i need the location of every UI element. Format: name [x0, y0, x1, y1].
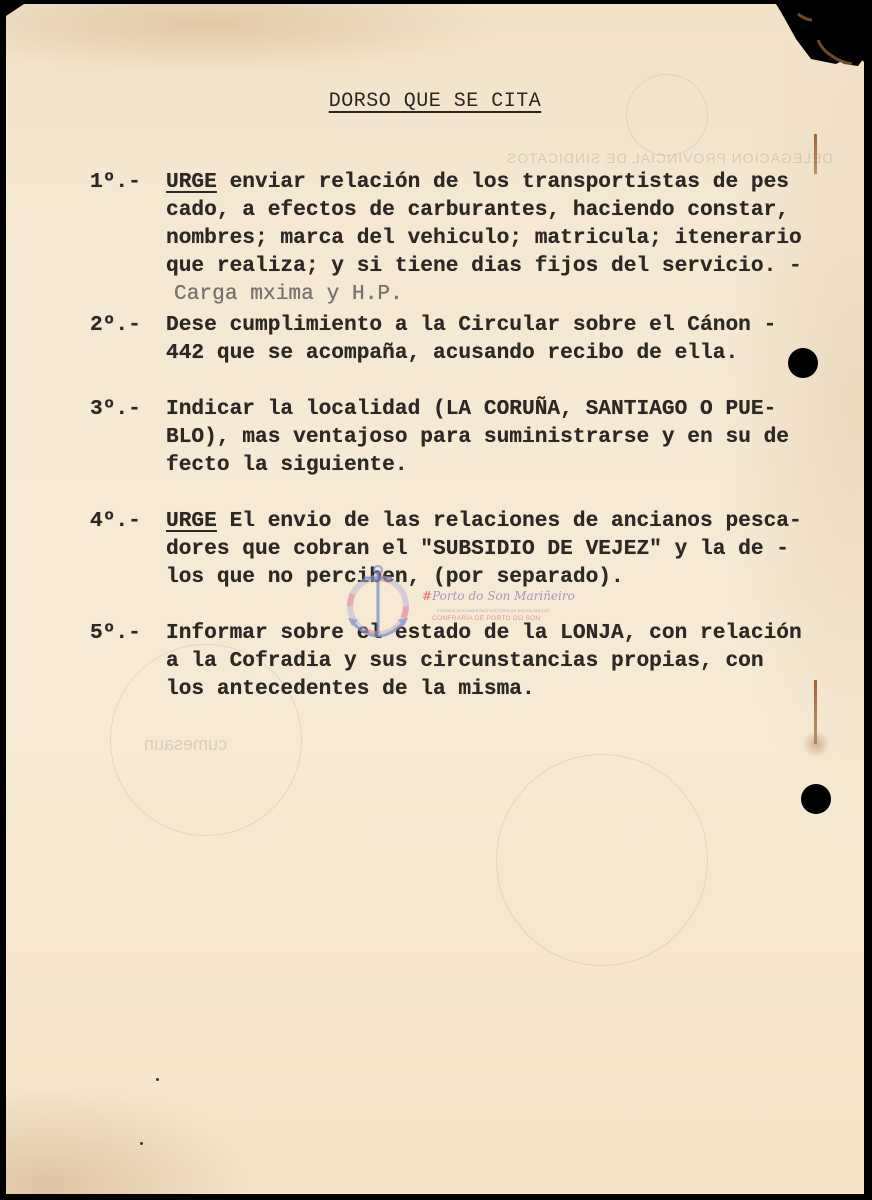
item-line: 442 que se acompaña, acusando recibo de …: [166, 339, 776, 367]
item-line: Indicar la localidad (LA CORUÑA, SANTIAG…: [166, 395, 789, 423]
watermark-brand-text: Porto do Son Mariñeiro: [432, 589, 575, 603]
item-text: enviar relación de los transportistas de…: [217, 170, 789, 194]
item-number: 5º.-: [90, 619, 166, 703]
item-line: Dese cumplimiento a la Circular sobre el…: [166, 311, 776, 339]
item-line: fecto la siguiente.: [166, 451, 789, 479]
bleed-through-stamp-circle-2: [496, 754, 708, 966]
watermark-org: CONFRARÍA DE PORTO DO SON: [432, 615, 540, 622]
hash-icon: #: [422, 589, 432, 603]
document-page: DELEGACION PROVINCIAL DE SINDICATOS cume…: [6, 4, 864, 1194]
rust-stain-top: [814, 134, 817, 174]
item-line: dores que cobran el "SUBSIDIO DE VEJEZ" …: [166, 535, 802, 563]
urgent-label: URGE: [166, 509, 217, 533]
ink-speck: [156, 1078, 159, 1081]
page-title: DORSO QUE SE CITA: [6, 90, 864, 113]
watermark-brand: #Porto do Son Mariñeiro: [422, 589, 575, 603]
urgent-label: URGE: [166, 170, 217, 194]
item-number: 2º.-: [90, 311, 166, 367]
anchor-lifebuoy-icon: [342, 564, 422, 654]
list-item-2: 2º.- Dese cumplimiento a la Circular sob…: [90, 311, 872, 367]
item-number: 1º.-: [90, 168, 166, 308]
list-item-3: 3º.- Indicar la localidad (LA CORUÑA, SA…: [90, 395, 872, 479]
punch-hole-bottom: [801, 784, 831, 814]
item-line: que realiza; y si tiene dias fijos del s…: [166, 252, 802, 280]
list-item-1: 1º.- URGE enviar relación de los transpo…: [90, 168, 872, 308]
page-title-text: DORSO QUE SE CITA: [329, 90, 542, 113]
handwritten-annotation: Carga mxima y H.P.: [174, 280, 802, 308]
item-line: URGE enviar relación de los transportist…: [166, 168, 802, 196]
rust-blot: [802, 730, 830, 758]
punch-hole-top: [788, 348, 818, 378]
ink-speck: [140, 1142, 143, 1145]
item-number: 4º.-: [90, 507, 166, 591]
watermark: #Porto do Son Mariñeiro FONDOS DOCUMENTA…: [342, 564, 552, 654]
bleed-through-seal-top: [626, 74, 708, 156]
item-line: los antecedentes de la misma.: [166, 675, 802, 703]
item-line: cado, a efectos de carburantes, haciendo…: [166, 196, 802, 224]
item-line: BLO), mas ventajoso para suministrarse y…: [166, 423, 789, 451]
item-text: El envio de las relaciones de ancianos p…: [217, 509, 802, 533]
burnt-corner: [772, 0, 872, 70]
item-line: nombres; marca del vehiculo; matricula; …: [166, 224, 802, 252]
item-line: URGE El envio de las relaciones de ancia…: [166, 507, 802, 535]
item-number: 3º.-: [90, 395, 166, 479]
watermark-subtitle: FONDOS DOCUMENTAIS HISTÓRICOS DIXITALIZA…: [437, 608, 550, 613]
